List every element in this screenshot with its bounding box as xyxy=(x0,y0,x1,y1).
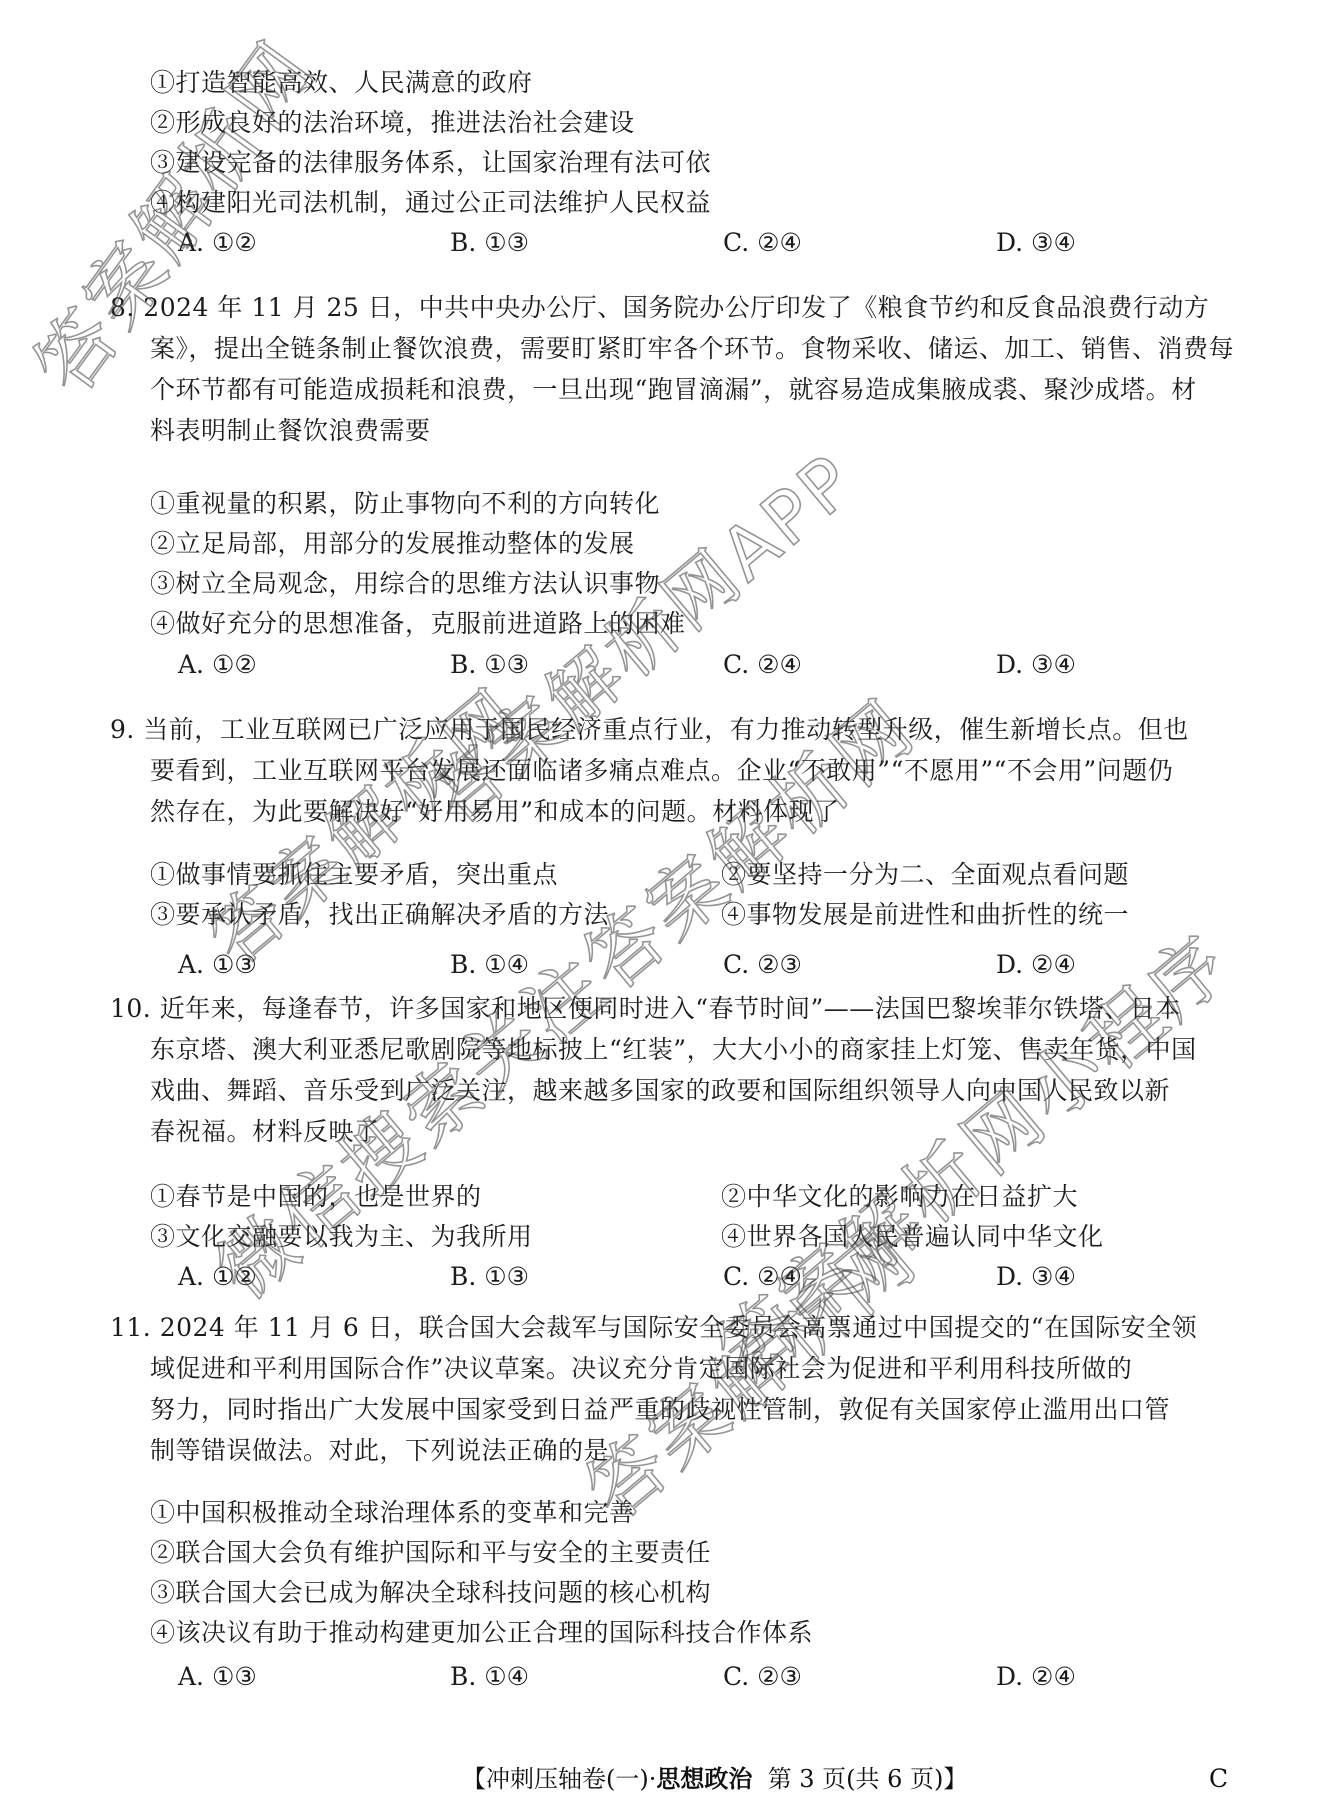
q11-stem-line-2: 域促进和平利用国际合作”决议草案。决议充分肯定国际社会为促进和平利用科技所做的 xyxy=(150,1352,1132,1386)
q8-stem-line-2: 案》，提出全链条制止餐饮浪费，需要盯紧盯牢各个环节。食物采收、储运、加工、销售、… xyxy=(150,332,1234,366)
q8-option-a[interactable]: A. ①② xyxy=(178,648,257,682)
q7-choice-4: ④构建阳光司法机制，通过公正司法维护人民权益 xyxy=(150,186,711,220)
q11-choice-4: ④该决议有助于推动构建更加公正合理的国际科技合作体系 xyxy=(150,1616,813,1650)
q10-stem-line-4: 春祝福。材料反映了 xyxy=(150,1115,380,1149)
q9-choice-2: ②要坚持一分为二、全面观点看问题 xyxy=(721,858,1129,892)
q9-stem-line-3: 然存在，为此要解决好“好用易用”和成本的问题。材料体现了 xyxy=(150,795,840,829)
q7-option-b[interactable]: B. ①③ xyxy=(450,226,529,260)
q9-stem-line-1: 9. 当前，工业互联网已广泛应用于国民经济重点行业，有力推动转型升级，催生新增长… xyxy=(110,713,1189,747)
footer-subject: 思想政治 xyxy=(656,1764,752,1793)
q8-stem-line-3: 个环节都有可能造成损耗和浪费，一旦出现“跑冒滴漏”，就容易造成集腋成裘、聚沙成塔… xyxy=(150,373,1197,407)
q9-option-b[interactable]: B. ①④ xyxy=(450,948,529,982)
q11-option-b[interactable]: B. ①④ xyxy=(450,1660,529,1694)
q10-choice-2: ②中华文化的影响力在日益扩大 xyxy=(721,1180,1078,1214)
q9-option-d[interactable]: D. ②④ xyxy=(996,948,1076,982)
q11-choice-2: ②联合国大会负有维护国际和平与安全的主要责任 xyxy=(150,1536,711,1570)
q10-choice-1: ①春节是中国的，也是世界的 xyxy=(150,1180,482,1214)
q11-choice-1: ①中国积极推动全球治理体系的变革和完善 xyxy=(150,1496,635,1530)
q9-choice-1: ①做事情要抓住主要矛盾，突出重点 xyxy=(150,858,558,892)
q8-option-b[interactable]: B. ①③ xyxy=(450,648,529,682)
q10-option-c[interactable]: C. ②④ xyxy=(723,1260,802,1294)
q10-stem-line-2: 东京塔、澳大利亚悉尼歌剧院等地标披上“红装”，大大小小的商家挂上灯笼、售卖年货，… xyxy=(150,1033,1197,1067)
exam-page: ①打造智能高效、人民满意的政府 ②形成良好的法治环境，推进法治社会建设 ③建设完… xyxy=(0,0,1337,1800)
q9-option-a[interactable]: A. ①③ xyxy=(178,948,257,982)
q7-option-a[interactable]: A. ①② xyxy=(178,226,257,260)
q11-stem-line-3: 努力，同时指出广大发展中国家受到日益严重的歧视性管制，敦促有关国家停止滥用出口管 xyxy=(150,1393,1170,1427)
q8-choice-2: ②立足局部，用部分的发展推动整体的发展 xyxy=(150,527,635,561)
q11-stem-line-1: 11. 2024 年 11 月 6 日，联合国大会裁军与国际安全委员会高票通过中… xyxy=(110,1311,1197,1345)
q11-option-a[interactable]: A. ①③ xyxy=(178,1660,257,1694)
q9-stem-line-2: 要看到，工业互联网平台发展还面临诸多痛点难点。企业“不敢用”“不愿用”“不会用”… xyxy=(150,754,1173,788)
q8-stem-line-1: 8. 2024 年 11 月 25 日，中共中央办公厅、国务院办公厅印发了《粮食… xyxy=(110,291,1209,325)
q11-option-d[interactable]: D. ②④ xyxy=(996,1660,1076,1694)
q8-option-c[interactable]: C. ②④ xyxy=(723,648,802,682)
q10-stem-line-3: 戏曲、舞蹈、音乐受到广泛关注，越来越多国家的政要和国际组织领导人向中国人民致以新 xyxy=(150,1074,1170,1108)
q9-choice-4: ④事物发展是前进性和曲折性的统一 xyxy=(721,898,1129,932)
q11-option-c[interactable]: C. ②③ xyxy=(723,1660,802,1694)
q9-option-c[interactable]: C. ②③ xyxy=(723,948,802,982)
q11-stem-line-4: 制等错误做法。对此，下列说法正确的是 xyxy=(150,1434,609,1468)
q10-option-a[interactable]: A. ①② xyxy=(178,1260,257,1294)
q10-choice-4: ④世界各国人民普遍认同中华文化 xyxy=(721,1220,1104,1254)
q8-choice-3: ③树立全局观念，用综合的思维方法认识事物 xyxy=(150,567,660,601)
q7-choice-3: ③建设完备的法律服务体系，让国家治理有法可依 xyxy=(150,146,711,180)
q9-choice-3: ③要承认矛盾，找出正确解决矛盾的方法 xyxy=(150,898,609,932)
footer-series: 【冲刺压轴卷(一)· xyxy=(462,1765,656,1793)
q10-option-d[interactable]: D. ③④ xyxy=(996,1260,1076,1294)
q7-option-d[interactable]: D. ③④ xyxy=(996,226,1076,260)
q7-choice-1: ①打造智能高效、人民满意的政府 xyxy=(150,66,533,100)
footer-page-number: 第 3 页(共 6 页)】 xyxy=(768,1765,968,1793)
q11-choice-3: ③联合国大会已成为解决全球科技问题的核心机构 xyxy=(150,1576,711,1610)
q7-choice-2: ②形成良好的法治环境，推进法治社会建设 xyxy=(150,106,635,140)
q10-option-b[interactable]: B. ①③ xyxy=(450,1260,529,1294)
q8-stem-line-4: 料表明制止餐饮浪费需要 xyxy=(150,414,431,448)
q10-choice-3: ③文化交融要以我为主、为我所用 xyxy=(150,1220,533,1254)
footer-version-code: C xyxy=(1209,1763,1228,1795)
q7-option-c[interactable]: C. ②④ xyxy=(723,226,802,260)
q8-choice-1: ①重视量的积累，防止事物向不利的方向转化 xyxy=(150,487,660,521)
q8-option-d[interactable]: D. ③④ xyxy=(996,648,1076,682)
q8-choice-4: ④做好充分的思想准备，克服前进道路上的困难 xyxy=(150,607,686,641)
page-footer: 【冲刺压轴卷(一)·思想政治 第 3 页(共 6 页)】 xyxy=(462,1763,967,1795)
q10-stem-line-1: 10. 近年来，每逢春节，许多国家和地区便同时进入“春节时间”——法国巴黎埃菲尔… xyxy=(110,992,1181,1026)
